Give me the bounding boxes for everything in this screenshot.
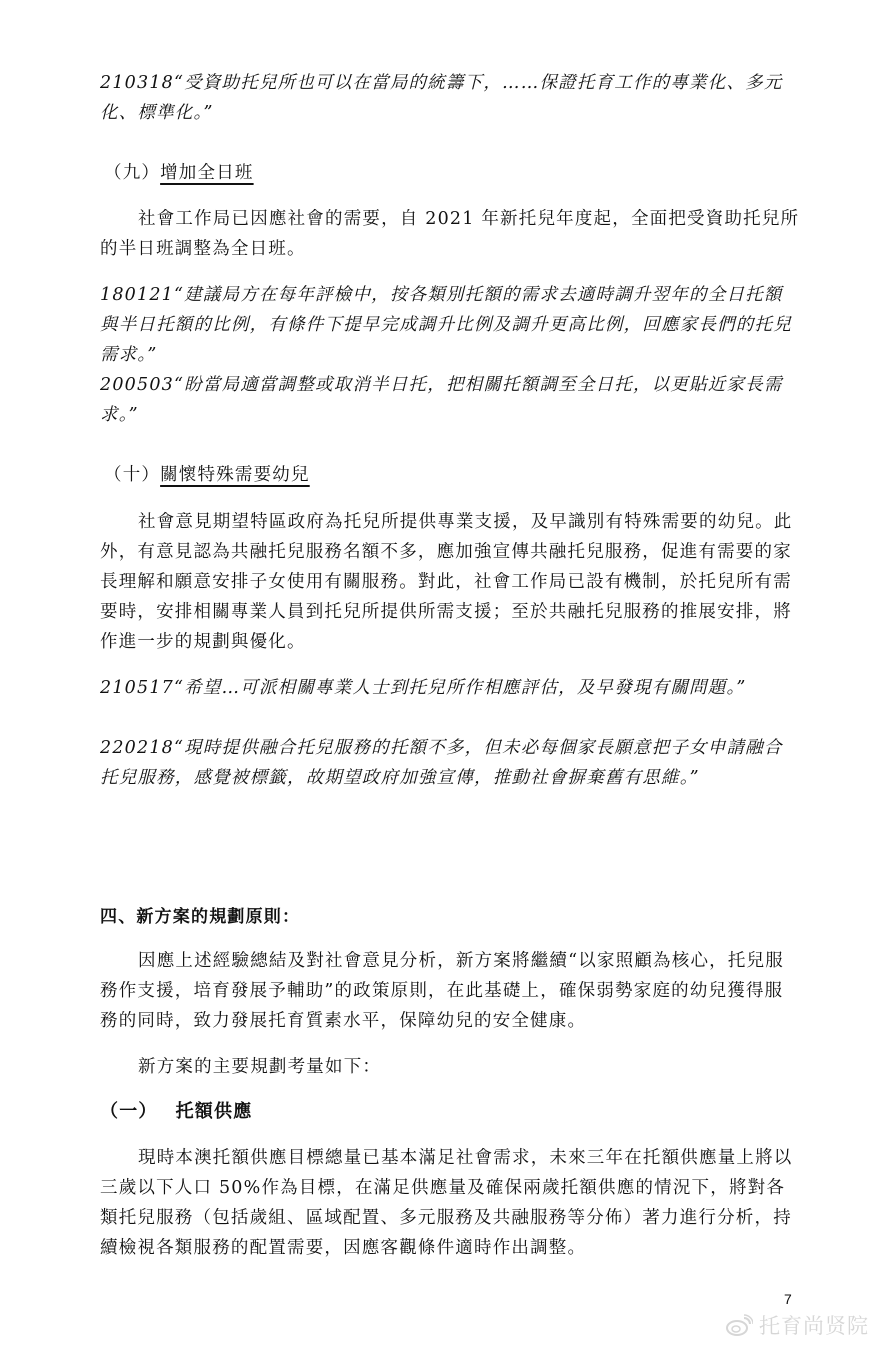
watermark: 托育尚贤院 bbox=[725, 1310, 869, 1340]
section-9-heading: （九）增加全日班 bbox=[104, 158, 804, 188]
quote-210318: 210318“受資助托兒所也可以在當局的統籌下，……保證托育工作的專業化、多元化… bbox=[100, 68, 800, 128]
quote-180121: 180121“建議局方在每年評檢中，按各類別托額的需求去適時調升翌年的全日托額與… bbox=[100, 280, 800, 370]
section-10-heading: （十）關懷特殊需要幼兒 bbox=[104, 460, 804, 490]
watermark-text: 托育尚贤院 bbox=[759, 1310, 869, 1340]
section-4-intro: 新方案的主要規劃考量如下： bbox=[100, 1052, 800, 1082]
quote-200503: 200503“盼當局適當調整或取消半日托，把相關托額調至全日托，以更貼近家長需求… bbox=[100, 370, 800, 430]
subsection-1-title: 托額供應 bbox=[176, 1101, 253, 1122]
weibo-logo-icon bbox=[725, 1314, 753, 1336]
section-9-number: （九） bbox=[104, 163, 160, 183]
section-10-number: （十） bbox=[104, 465, 160, 485]
section-9-paragraph: 社會工作局已因應社會的需要，自 2021 年新托兒年度起，全面把受資助托兒所的半… bbox=[100, 204, 800, 264]
section-4-paragraph: 因應上述經驗總結及對社會意見分析，新方案將繼續“以家照顧為核心，托兒服務作支援，… bbox=[100, 946, 800, 1036]
subsection-1-number: （一） bbox=[100, 1101, 158, 1122]
section-9-title: 增加全日班 bbox=[160, 163, 254, 183]
page-number: 7 bbox=[784, 1291, 792, 1307]
section-10-paragraph: 社會意見期望特區政府為托兒所提供專業支援，及早識別有特殊需要的幼兒。此外，有意見… bbox=[100, 507, 800, 657]
document-page: 210318“受資助托兒所也可以在當局的統籌下，……保證托育工作的專業化、多元化… bbox=[0, 0, 885, 1345]
quote-210517: 210517“希望…可派相關專業人士到托兒所作相應評估，及早發現有關問題。” bbox=[100, 673, 800, 703]
subsection-1-paragraph: 現時本澳托額供應目標總量已基本滿足社會需求，未來三年在托額供應量上將以三歲以下人… bbox=[100, 1143, 800, 1263]
section-10-title: 關懷特殊需要幼兒 bbox=[160, 465, 310, 485]
quote-220218: 220218“現時提供融合托兒服務的托額不多，但未必每個家長願意把子女申請融合托… bbox=[100, 733, 800, 793]
subsection-1-heading: （一）托額供應 bbox=[100, 1097, 800, 1127]
section-4-title: 四、新方案的規劃原則： bbox=[100, 902, 800, 932]
